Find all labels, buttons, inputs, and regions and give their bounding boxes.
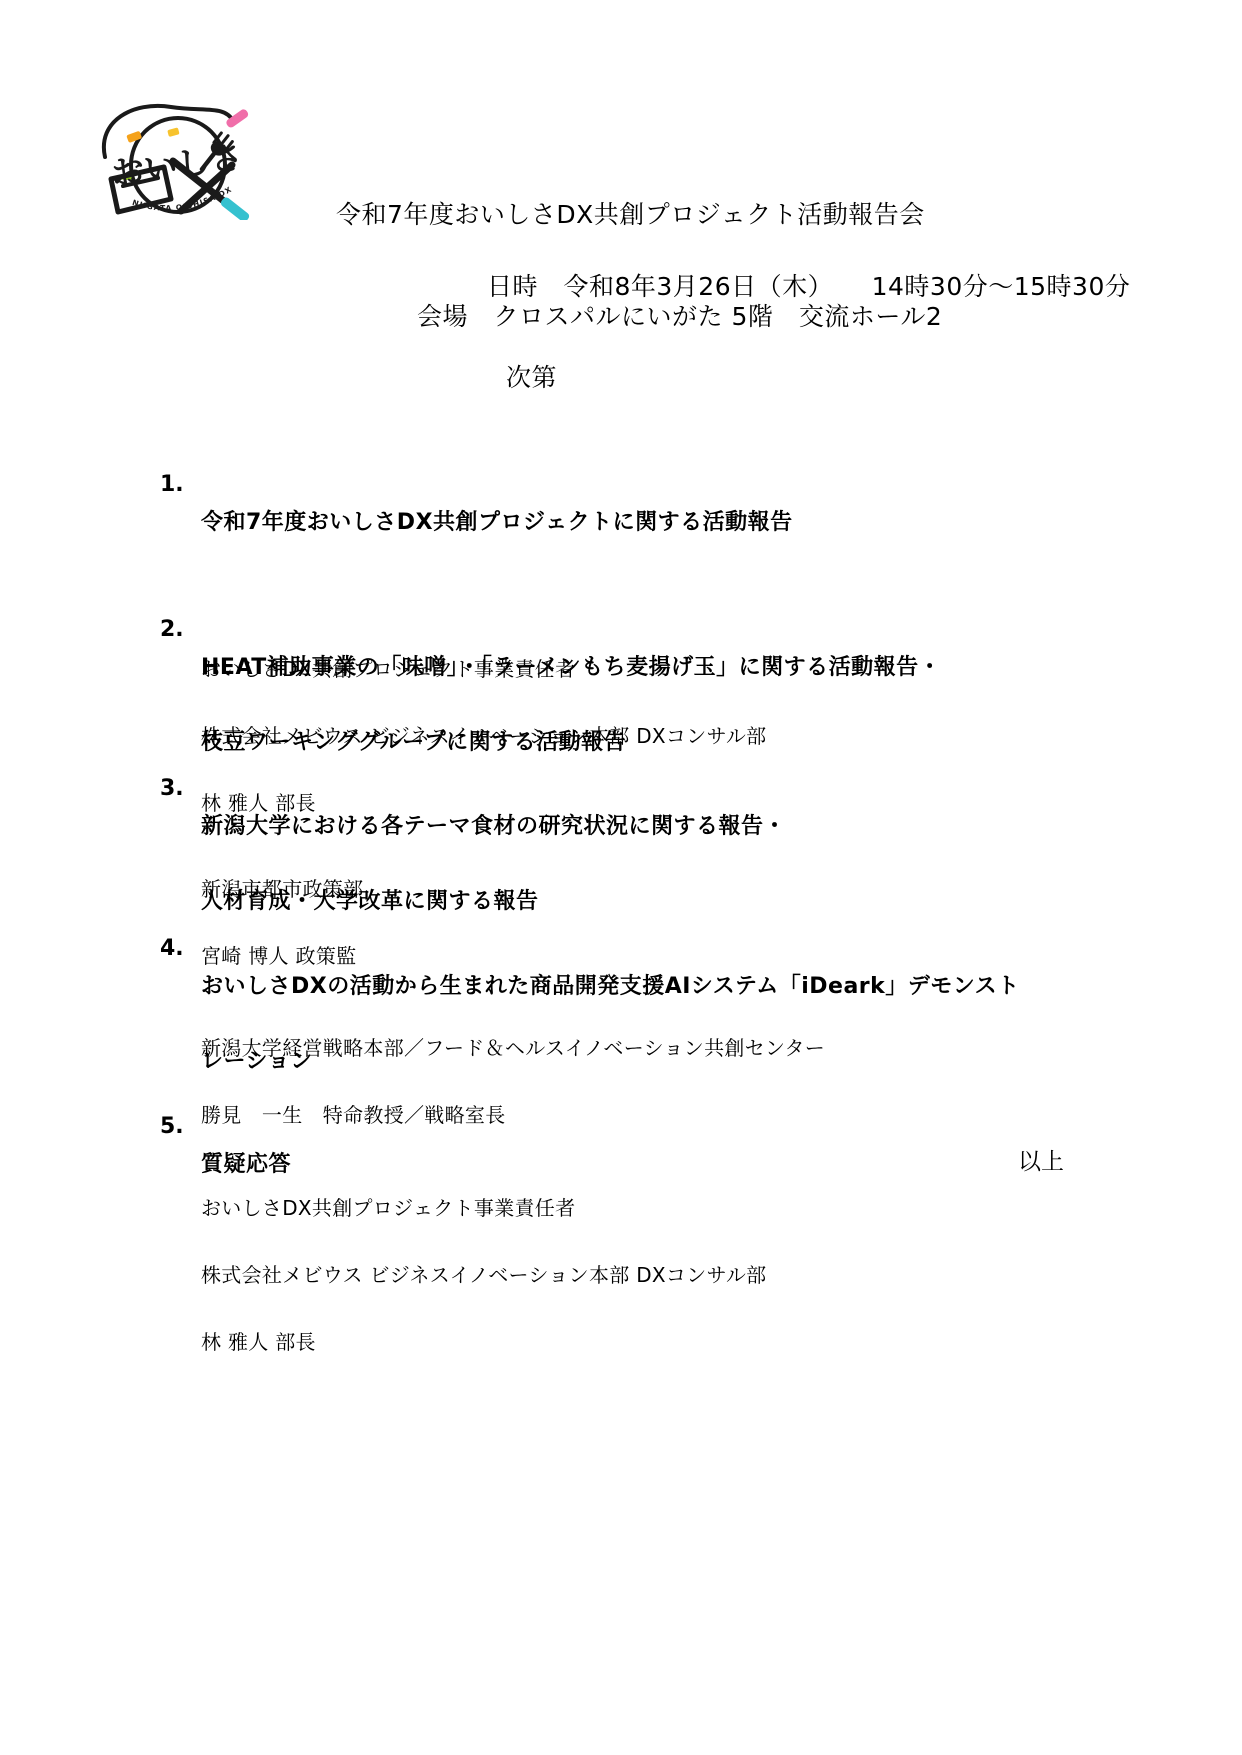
closing-text: 以上	[1018, 1148, 1064, 1176]
agenda-item-number: 4.	[160, 930, 201, 967]
datetime-line: 日時 令和8年3月26日（木） 14時30分～15時30分	[487, 271, 1130, 303]
agenda-speaker-line: おいしさDX共創プロジェクト事業責任者	[201, 1194, 1020, 1223]
agenda-item-title-line: おいしさDXの活動から生まれた商品開発支援AIシステム「iDeark」デモンスト	[201, 968, 1020, 1005]
page-title: 令和7年度おいしさDX共創プロジェクト活動報告会	[336, 199, 925, 231]
agenda-item-title-line: 質疑応答	[201, 1146, 291, 1183]
document-page: おいしさ NIIGATA OISHISA DX	[0, 0, 1242, 1755]
agenda-speaker-line: 林 雅人 部長	[201, 1328, 1020, 1357]
agenda-item-title-line: 令和7年度おいしさDX共創プロジェクトに関する活動報告	[201, 504, 793, 541]
agenda-item-5: 5. 質疑応答	[160, 1070, 291, 1259]
knife-handle-icon	[219, 196, 250, 220]
agenda-item-title-line: HEAT補助事業の「味噌」・「ラーメンもち麦揚げ玉」に関する活動報告・	[201, 649, 941, 686]
agenda-speaker-line: 株式会社メビウス ビジネスイノベーション本部 DXコンサル部	[201, 1261, 1020, 1290]
logo-graphic: おいしさ NIIGATA OISHISA DX	[75, 85, 255, 220]
agenda-item-title-line: 新潟大学における各テーマ食材の研究状況に関する報告・	[201, 808, 786, 845]
agenda-item-number: 5.	[160, 1108, 201, 1145]
agenda-item-number: 3.	[160, 770, 201, 807]
agenda-item-number: 2.	[160, 611, 201, 648]
yellow-accent-icon	[167, 127, 179, 137]
pink-accent-icon	[225, 108, 250, 129]
agenda-heading: 次第	[506, 362, 557, 394]
agenda-item-title-line: レーション	[201, 1043, 1020, 1080]
oishisa-dx-logo: おいしさ NIIGATA OISHISA DX	[75, 85, 255, 220]
agenda-item-number: 1.	[160, 466, 201, 503]
venue-line: 会場 クロスパルにいがた 5階 交流ホール2	[417, 301, 942, 333]
